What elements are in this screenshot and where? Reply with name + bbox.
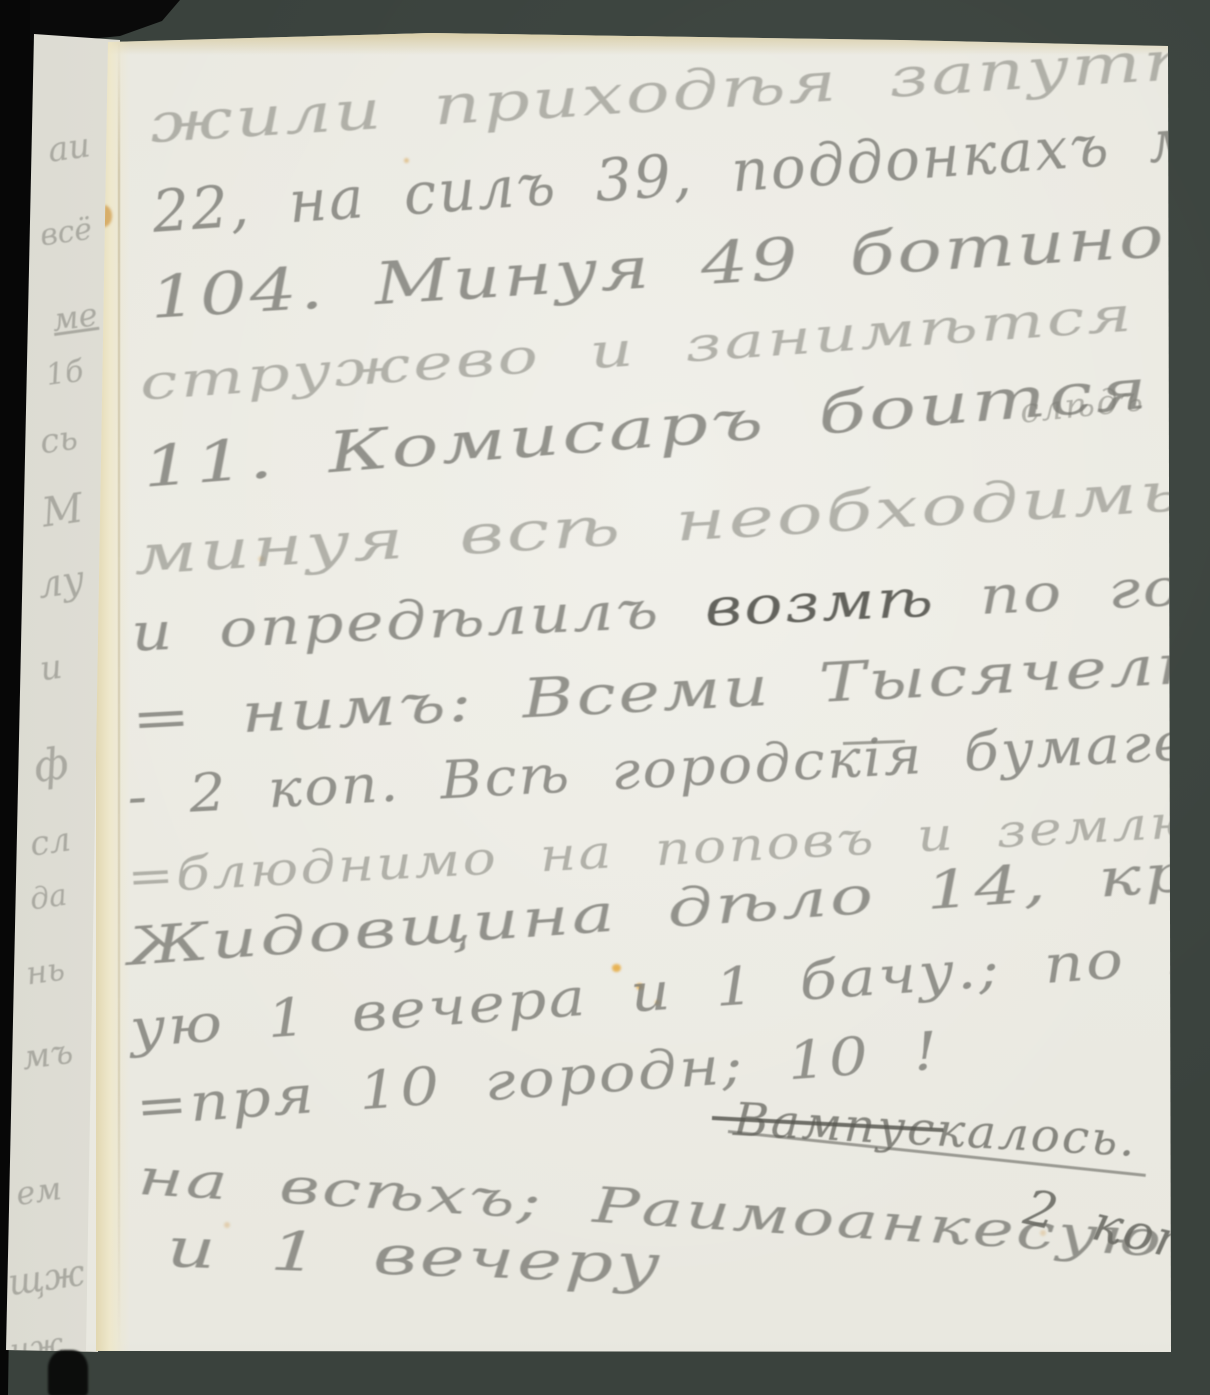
page-edge-fragment: сл — [27, 819, 73, 864]
line-7-post: по город= — [978, 550, 1210, 627]
page-edge-fragment: М — [39, 485, 86, 536]
manuscript-page: жили приходѣя запутѣю 22, на силъ 39, по… — [0, 0, 1210, 1395]
page-edge-fragment: аи — [45, 125, 92, 170]
page-edge-fragment: да — [28, 878, 69, 918]
page-fold-crease-line — [118, 40, 120, 1352]
page-edge-fragment: щж — [6, 1253, 88, 1304]
page-edge-fragment: лу — [35, 557, 87, 607]
scanned-manuscript-screenshot: аи всё ме 1б сь М лу и ф сл да нь мъ ем … — [0, 0, 1210, 1395]
page-edge-fragment: ф — [31, 738, 72, 793]
page-edge-fragment: сь — [37, 418, 80, 463]
page-edge-fragment: нь — [24, 950, 67, 993]
line-7-pre: и опредѣлилъ — [130, 581, 662, 664]
page-edge-fragment: и — [37, 647, 64, 690]
page-edge-fragment: 1б — [44, 354, 86, 394]
page-edge-fragment: мъ — [19, 1032, 75, 1079]
page-edge-fragment: ме — [50, 295, 100, 339]
page-edge-fragment: всё — [38, 212, 94, 254]
page-edge-fragment: ем — [14, 1169, 64, 1213]
gutter-shadow-blob — [48, 1350, 88, 1395]
overwritten-word: возмѣ — [704, 569, 937, 639]
